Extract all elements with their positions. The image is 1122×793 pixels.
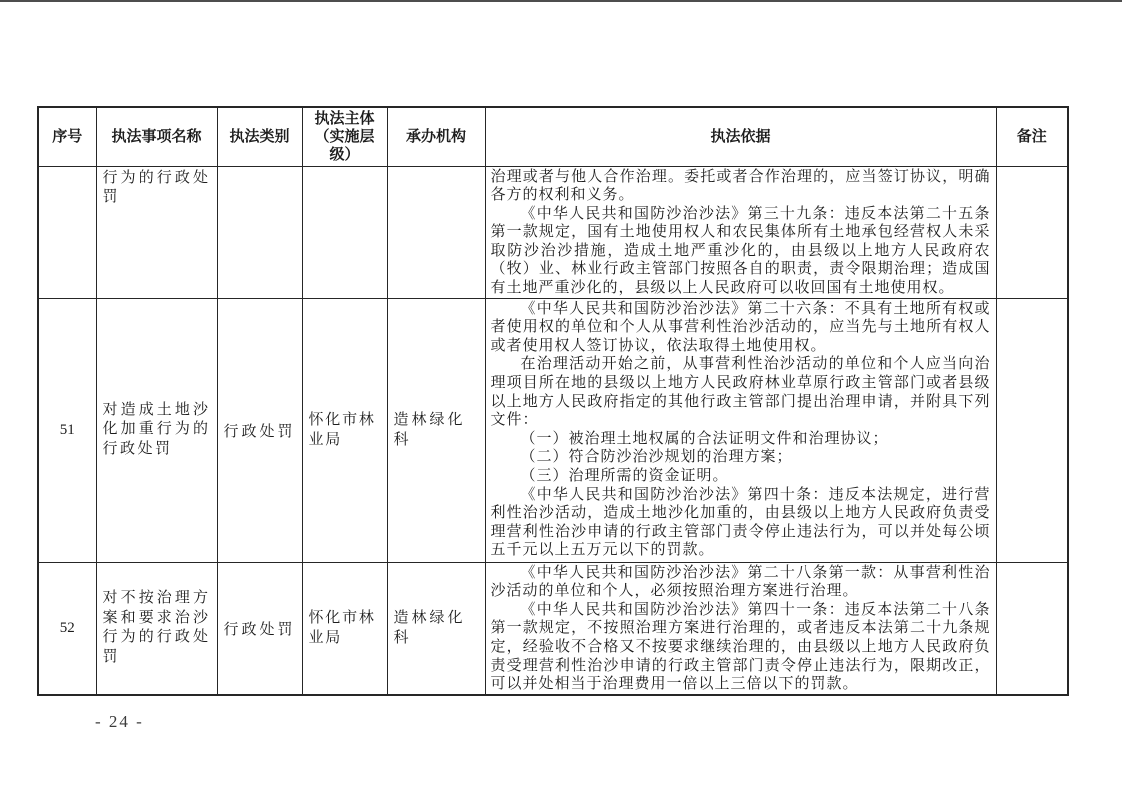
cell-organization: 造林绿化科 — [387, 298, 485, 562]
header-subject: 执法主体（实施层级） — [302, 107, 387, 166]
basis-paragraph: 《中华人民共和国防沙治沙法》第四十条：违反本法规定，进行营利性治沙活动，造成土地… — [491, 486, 991, 560]
basis-paragraph: 《中华人民共和国防沙治沙法》第二十八条第一款：从事营利性治沙活动的单位和个人，必… — [491, 564, 991, 601]
basis-paragraph: （二）符合防沙治沙规划的治理方案； — [491, 448, 991, 467]
cell-remark — [996, 298, 1068, 562]
cell-organization — [387, 166, 485, 298]
header-item-name: 执法事项名称 — [96, 107, 217, 166]
page-number: - 24 - — [95, 712, 144, 732]
cell-subject — [302, 166, 387, 298]
basis-paragraph: （一）被治理土地权属的合法证明文件和治理协议； — [491, 430, 991, 449]
cell-item-name: 对造成土地沙化加重行为的行政处罚 — [96, 298, 217, 562]
cell-remark — [996, 166, 1068, 298]
cell-category — [217, 166, 302, 298]
cell-seq: 52 — [38, 562, 96, 695]
cell-remark — [996, 562, 1068, 695]
cell-item-name: 行为的行政处罚 — [96, 166, 217, 298]
cell-item-name: 对不按治理方案和要求治沙行为的行政处罚 — [96, 562, 217, 695]
enforcement-items-table: 序号 执法事项名称 执法类别 执法主体（实施层级） 承办机构 执法依据 备注 行… — [37, 106, 1069, 696]
cell-organization: 造林绿化科 — [387, 562, 485, 695]
header-category: 执法类别 — [217, 107, 302, 166]
basis-paragraph: 《中华人民共和国防沙治沙法》第二十六条：不具有土地所有权或者使用权的单位和个人从… — [491, 300, 991, 356]
cell-basis: 《中华人民共和国防沙治沙法》第二十八条第一款：从事营利性治沙活动的单位和个人，必… — [485, 562, 996, 695]
table-header-row: 序号 执法事项名称 执法类别 执法主体（实施层级） 承办机构 执法依据 备注 — [38, 107, 1068, 166]
basis-paragraph: 在治理活动开始之前，从事营利性治沙活动的单位和个人应当向治理项目所在地的县级以上… — [491, 355, 991, 429]
table-row-51: 51 对造成土地沙化加重行为的行政处罚 行政处罚 怀化市林业局 造林绿化科 《中… — [38, 298, 1068, 562]
cell-subject: 怀化市林业局 — [302, 562, 387, 695]
basis-paragraph: 《中华人民共和国防沙治沙法》第四十一条：违反本法第二十八条第一款规定，不按照治理… — [491, 601, 991, 694]
header-seq: 序号 — [38, 107, 96, 166]
cell-seq: 51 — [38, 298, 96, 562]
header-basis: 执法依据 — [485, 107, 996, 166]
basis-paragraph: （三）治理所需的资金证明。 — [491, 467, 991, 486]
table-row-continuation: 行为的行政处罚 治理或者与他人合作治理。委托或者合作治理的，应当签订协议，明确各… — [38, 166, 1068, 298]
cell-category: 行政处罚 — [217, 298, 302, 562]
table-row-52: 52 对不按治理方案和要求治沙行为的行政处罚 行政处罚 怀化市林业局 造林绿化科… — [38, 562, 1068, 695]
header-remark: 备注 — [996, 107, 1068, 166]
cell-basis: 治理或者与他人合作治理。委托或者合作治理的，应当签订协议，明确各方的权利和义务。… — [485, 166, 996, 298]
cell-subject: 怀化市林业局 — [302, 298, 387, 562]
cell-category: 行政处罚 — [217, 562, 302, 695]
cell-seq — [38, 166, 96, 298]
page-top-edge — [0, 0, 1122, 2]
cell-basis: 《中华人民共和国防沙治沙法》第二十六条：不具有土地所有权或者使用权的单位和个人从… — [485, 298, 996, 562]
basis-paragraph: 《中华人民共和国防沙治沙法》第三十九条：违反本法第二十五条第一款规定，国有土地使… — [491, 205, 991, 298]
header-organization: 承办机构 — [387, 107, 485, 166]
basis-paragraph: 治理或者与他人合作治理。委托或者合作治理的，应当签订协议，明确各方的权利和义务。 — [491, 168, 991, 205]
